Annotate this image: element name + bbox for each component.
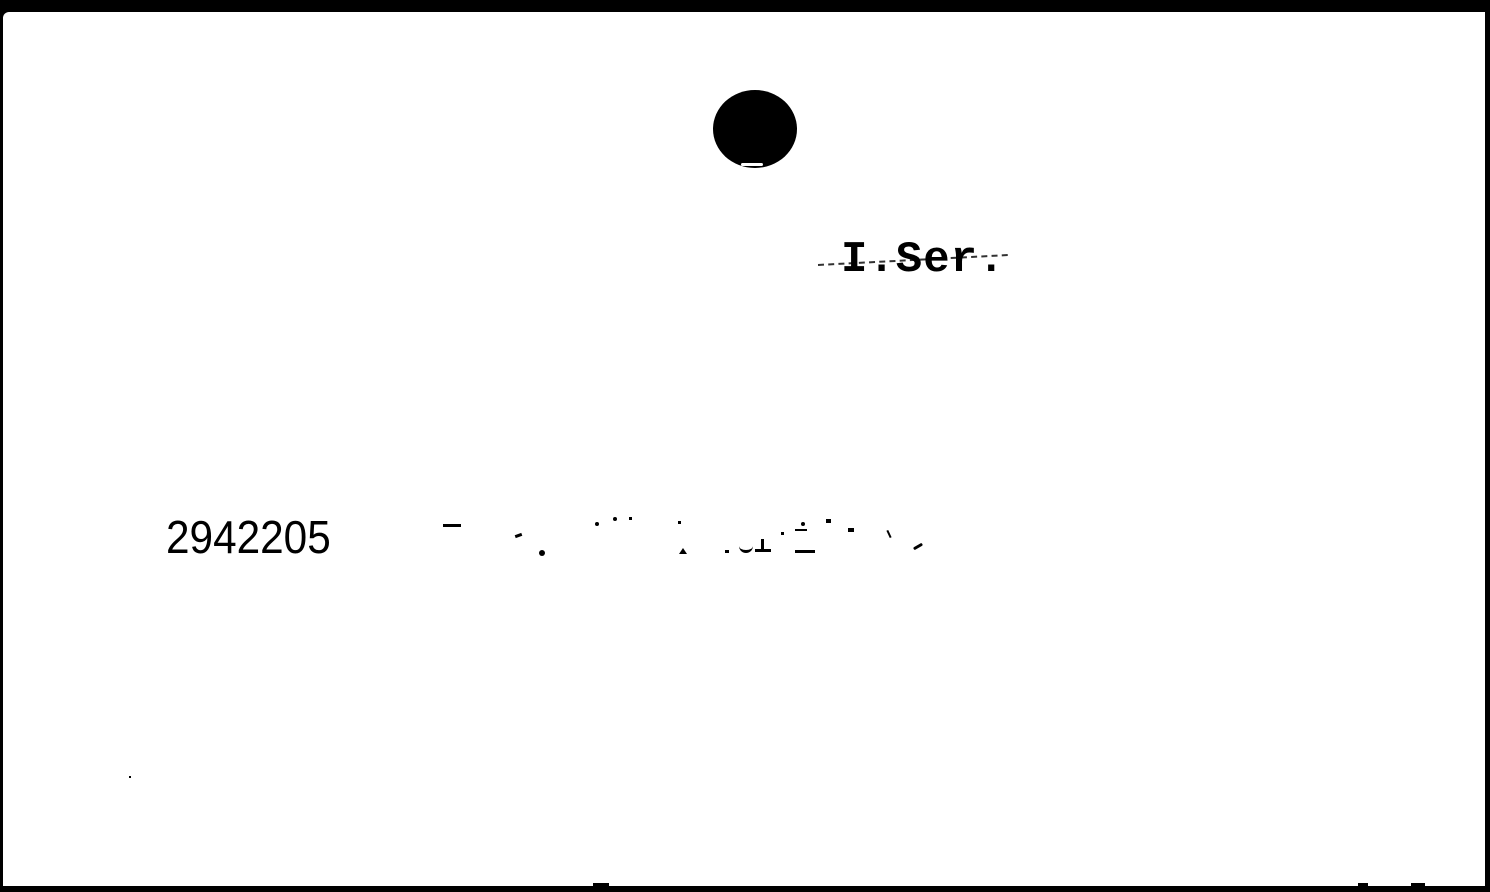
edge-mark: [1411, 883, 1425, 886]
edge-mark: [593, 883, 609, 886]
edge-mark: [1358, 883, 1368, 886]
stray-mark: [129, 776, 131, 778]
series-label: I.Ser.: [841, 238, 1005, 282]
illegible-typed-text: [443, 512, 943, 562]
record-number: 2942205: [166, 514, 331, 560]
punch-hole: [713, 90, 797, 168]
index-card: I.Ser. 2942205: [3, 12, 1485, 886]
